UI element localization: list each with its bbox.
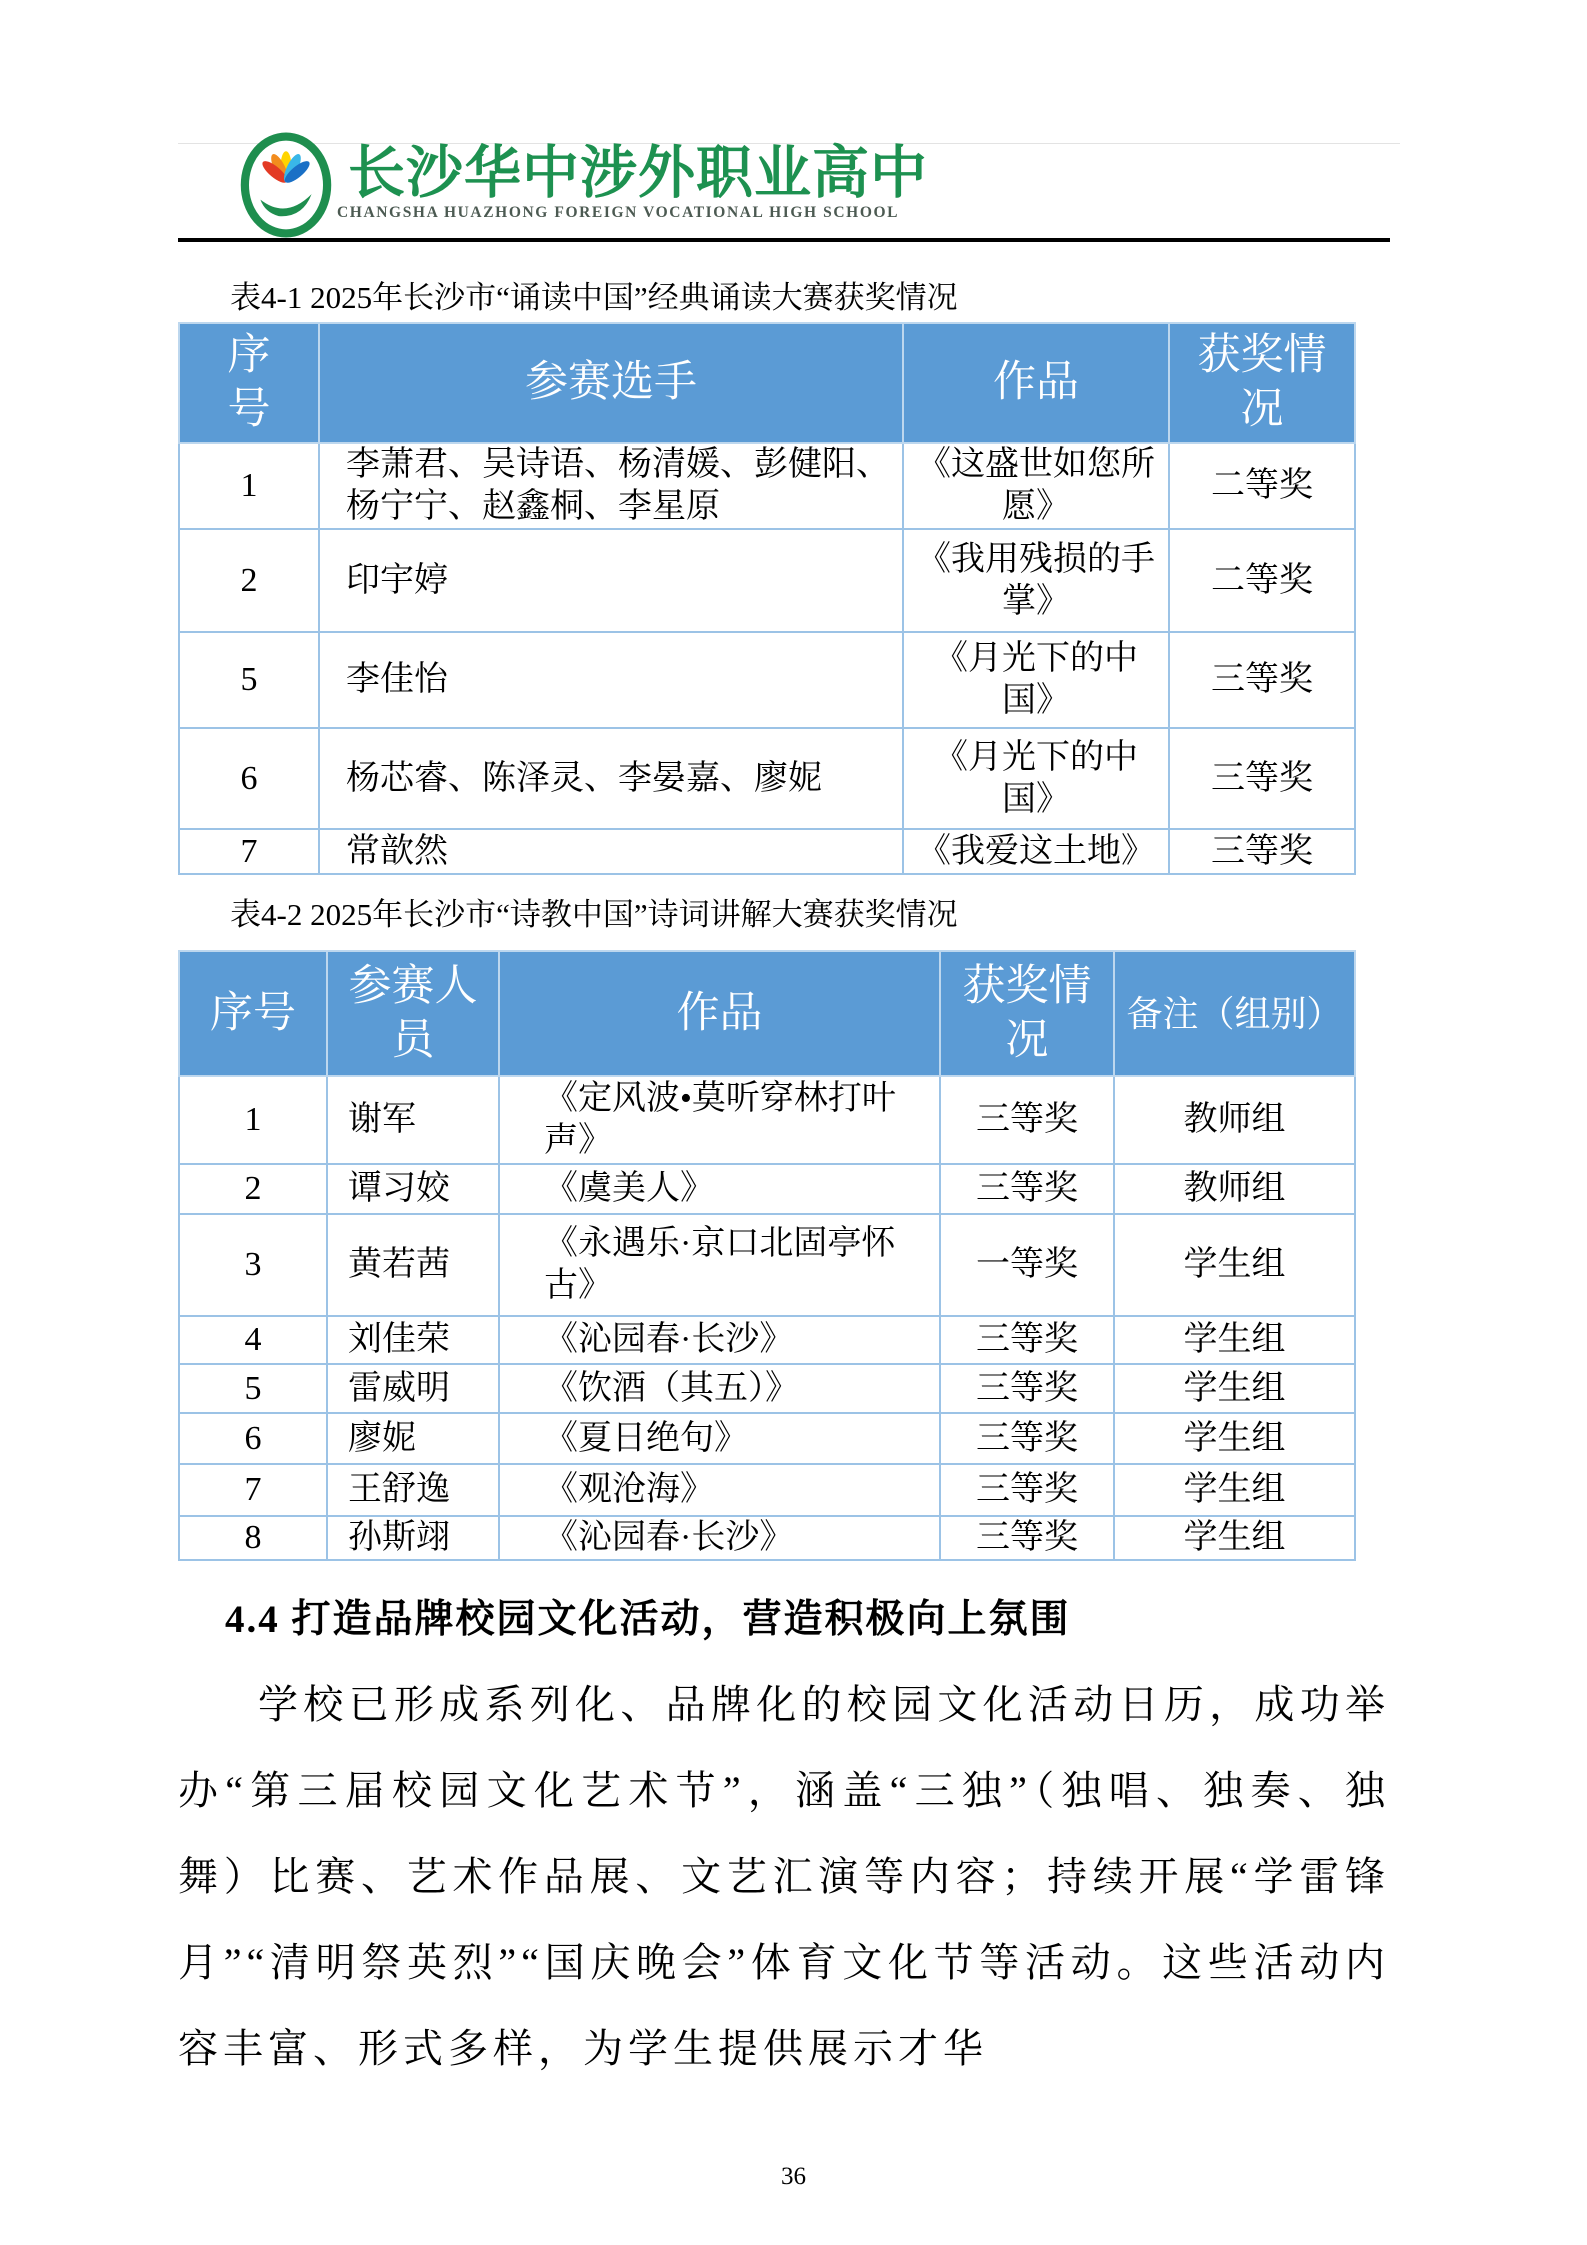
table-cell: 《观沧海》 bbox=[499, 1464, 940, 1516]
table-cell: 6 bbox=[179, 728, 319, 829]
table-row: 5雷威明《饮酒（其五）》三等奖学生组 bbox=[179, 1364, 1355, 1413]
table-cell: 《定风波•莫听穿林打叶声》 bbox=[499, 1076, 940, 1164]
table-cell: 8 bbox=[179, 1516, 327, 1560]
table-cell: 学生组 bbox=[1114, 1316, 1355, 1364]
table-row: 1李萧君、吴诗语、杨清媛、彭健阳、杨宁宁、赵鑫桐、李星原《这盛世如您所愿》二等奖 bbox=[179, 443, 1355, 529]
school-emblem-icon bbox=[240, 132, 332, 238]
table-cell: 谭习姣 bbox=[327, 1164, 499, 1214]
table-cell: 5 bbox=[179, 1364, 327, 1413]
table-row: 3黄若茜《永遇乐·京口北固亭怀古》一等奖学生组 bbox=[179, 1214, 1355, 1316]
column-header: 作品 bbox=[499, 951, 940, 1076]
table-cell: 《沁园春·长沙》 bbox=[499, 1516, 940, 1560]
table-cell: 学生组 bbox=[1114, 1464, 1355, 1516]
table-row: 2谭习姣《虞美人》三等奖教师组 bbox=[179, 1164, 1355, 1214]
column-header: 参赛人员 bbox=[327, 951, 499, 1076]
table-cell: 教师组 bbox=[1114, 1076, 1355, 1164]
school-name-en: CHANGSHA HUAZHONG FOREIGN VOCATIONAL HIG… bbox=[337, 204, 899, 222]
table-cell: 常歆然 bbox=[319, 829, 903, 874]
table-cell: 印宇婷 bbox=[319, 529, 903, 632]
table-cell: 一等奖 bbox=[940, 1214, 1114, 1316]
table-cell: 2 bbox=[179, 1164, 327, 1214]
table-cell: 学生组 bbox=[1114, 1364, 1355, 1413]
column-header: 参赛选手 bbox=[319, 323, 903, 443]
table-cell: 6 bbox=[179, 1413, 327, 1464]
table-cell: 三等奖 bbox=[940, 1413, 1114, 1464]
table-cell: 三等奖 bbox=[940, 1164, 1114, 1214]
table-cell: 三等奖 bbox=[940, 1464, 1114, 1516]
school-logo: 长沙华中涉外职业高中 CHANGSHA HUAZHONG FOREIGN VOC… bbox=[178, 143, 1400, 238]
table-cell: 三等奖 bbox=[1169, 829, 1355, 874]
table-cell: 二等奖 bbox=[1169, 529, 1355, 632]
table-cell: 《我爱这土地》 bbox=[903, 829, 1169, 874]
table-row: 6杨芯睿、陈泽灵、李晏嘉、廖妮《月光下的中国》三等奖 bbox=[179, 728, 1355, 829]
column-header: 作品 bbox=[903, 323, 1169, 443]
awards-table-recitation: 序号参赛选手作品获奖情况1李萧君、吴诗语、杨清媛、彭健阳、杨宁宁、赵鑫桐、李星原… bbox=[178, 322, 1356, 875]
table-row: 7常歆然《我爱这土地》三等奖 bbox=[179, 829, 1355, 874]
table-row: 4刘佳荣《沁园春·长沙》三等奖学生组 bbox=[179, 1316, 1355, 1364]
table-cell: 《夏日绝句》 bbox=[499, 1413, 940, 1464]
table-cell: 杨芯睿、陈泽灵、李晏嘉、廖妮 bbox=[319, 728, 903, 829]
table-cell: 三等奖 bbox=[940, 1516, 1114, 1560]
table-cell: 学生组 bbox=[1114, 1516, 1355, 1560]
table-cell: 7 bbox=[179, 1464, 327, 1516]
table-row: 6廖妮《夏日绝句》三等奖学生组 bbox=[179, 1413, 1355, 1464]
section-paragraph: 学校已形成系列化、品牌化的校园文化活动日历，成功举办“第三届校园文化艺术节”，涵… bbox=[178, 1662, 1390, 2092]
table2-caption: 表4-2 2025年长沙市“诗教中国”诗词讲解大赛获奖情况 bbox=[230, 898, 958, 932]
table-cell: 谢军 bbox=[327, 1076, 499, 1164]
table-cell: 三等奖 bbox=[1169, 728, 1355, 829]
table-row: 7王舒逸《观沧海》三等奖学生组 bbox=[179, 1464, 1355, 1516]
table-cell: 7 bbox=[179, 829, 319, 874]
table1-caption: 表4-1 2025年长沙市“诵读中国”经典诵读大赛获奖情况 bbox=[230, 281, 958, 315]
table-cell: 4 bbox=[179, 1316, 327, 1364]
awards-table-poetry: 序号参赛人员作品获奖情况备注（组别）1谢军《定风波•莫听穿林打叶声》三等奖教师组… bbox=[178, 950, 1356, 1561]
table-row: 8孙斯翊《沁园春·长沙》三等奖学生组 bbox=[179, 1516, 1355, 1560]
table-cell: 刘佳荣 bbox=[327, 1316, 499, 1364]
column-header: 备注（组别） bbox=[1114, 951, 1355, 1076]
table-cell: 3 bbox=[179, 1214, 327, 1316]
table-cell: 《我用残损的手掌》 bbox=[903, 529, 1169, 632]
table-cell: 《月光下的中国》 bbox=[903, 632, 1169, 728]
table-cell: 《沁园春·长沙》 bbox=[499, 1316, 940, 1364]
table-cell: 廖妮 bbox=[327, 1413, 499, 1464]
table-cell: 二等奖 bbox=[1169, 443, 1355, 529]
table-cell: 《虞美人》 bbox=[499, 1164, 940, 1214]
table-cell: 《饮酒（其五）》 bbox=[499, 1364, 940, 1413]
page-number: 36 bbox=[0, 2163, 1587, 2191]
table-row: 2印宇婷《我用残损的手掌》二等奖 bbox=[179, 529, 1355, 632]
table-cell: 《月光下的中国》 bbox=[903, 728, 1169, 829]
column-header: 序号 bbox=[179, 951, 327, 1076]
table-cell: 三等奖 bbox=[940, 1076, 1114, 1164]
column-header: 获奖情况 bbox=[940, 951, 1114, 1076]
table-cell: 1 bbox=[179, 1076, 327, 1164]
table-cell: 教师组 bbox=[1114, 1164, 1355, 1214]
table-cell: 《这盛世如您所愿》 bbox=[903, 443, 1169, 529]
school-name-zh: 长沙华中涉外职业高中 bbox=[348, 144, 928, 204]
table-cell: 孙斯翊 bbox=[327, 1516, 499, 1560]
table-cell: 2 bbox=[179, 529, 319, 632]
column-header: 获奖情况 bbox=[1169, 323, 1355, 443]
table-cell: 学生组 bbox=[1114, 1214, 1355, 1316]
table-cell: 雷威明 bbox=[327, 1364, 499, 1413]
table-cell: 三等奖 bbox=[940, 1364, 1114, 1413]
table-cell: 三等奖 bbox=[940, 1316, 1114, 1364]
header-divider bbox=[178, 238, 1390, 242]
document-page: 长沙华中涉外职业高中 CHANGSHA HUAZHONG FOREIGN VOC… bbox=[0, 0, 1587, 2245]
table-cell: 学生组 bbox=[1114, 1413, 1355, 1464]
section-heading: 4.4 打造品牌校园文化活动，营造积极向上氛围 bbox=[225, 1588, 1071, 1644]
table-cell: 李萧君、吴诗语、杨清媛、彭健阳、杨宁宁、赵鑫桐、李星原 bbox=[319, 443, 903, 529]
table-cell: 王舒逸 bbox=[327, 1464, 499, 1516]
table-cell: 李佳怡 bbox=[319, 632, 903, 728]
table-row: 1谢军《定风波•莫听穿林打叶声》三等奖教师组 bbox=[179, 1076, 1355, 1164]
table-cell: 1 bbox=[179, 443, 319, 529]
column-header: 序号 bbox=[179, 323, 319, 443]
table-row: 5李佳怡《月光下的中国》三等奖 bbox=[179, 632, 1355, 728]
table-cell: 黄若茜 bbox=[327, 1214, 499, 1316]
table-cell: 《永遇乐·京口北固亭怀古》 bbox=[499, 1214, 940, 1316]
table-cell: 5 bbox=[179, 632, 319, 728]
table-cell: 三等奖 bbox=[1169, 632, 1355, 728]
